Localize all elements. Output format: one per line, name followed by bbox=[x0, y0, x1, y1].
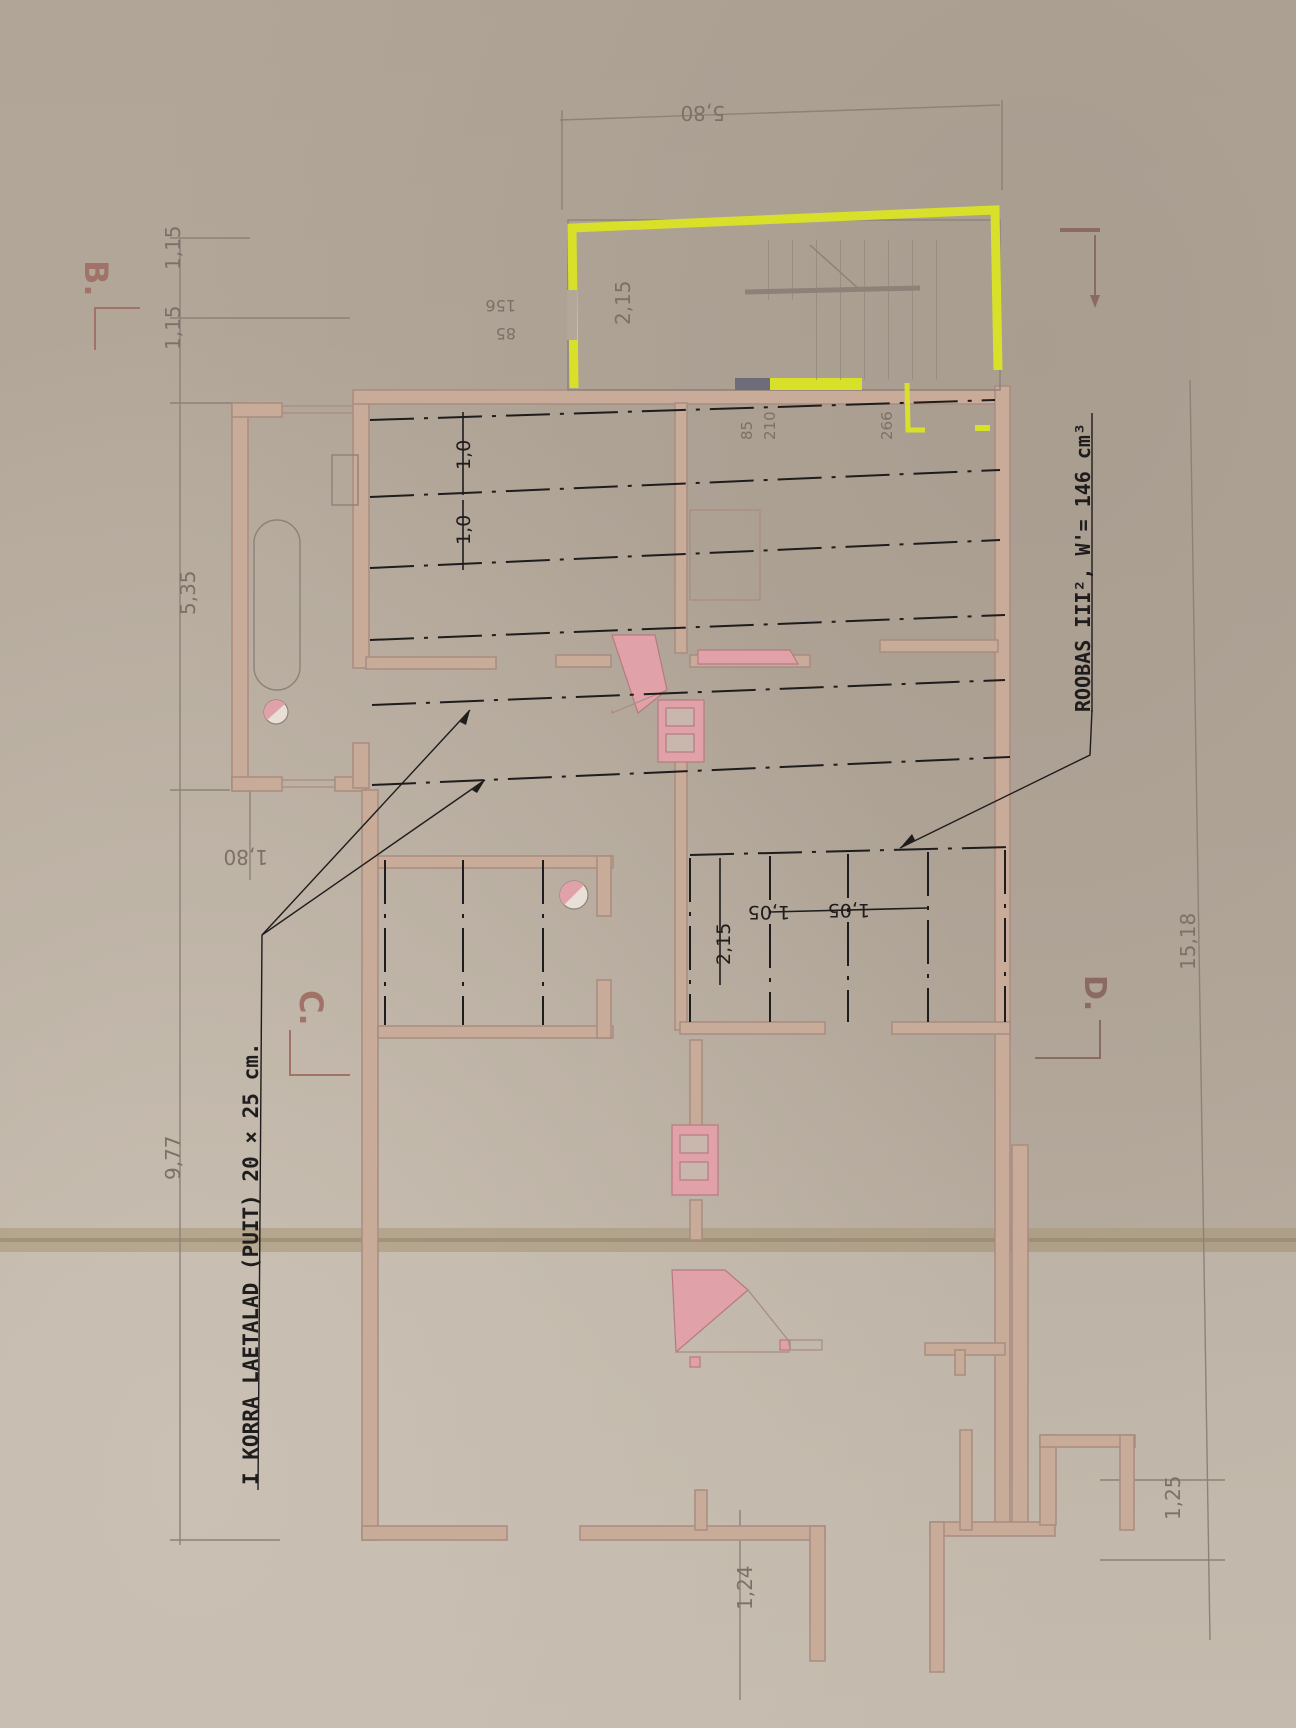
section-marker-c: C. bbox=[290, 990, 350, 1075]
windows bbox=[282, 406, 353, 787]
dim-left-4: 1,80 bbox=[223, 845, 268, 869]
floor-plan-sheet: B. C. D. 5,80 1,15 1,15 5,35 1,80 9,77 1… bbox=[0, 0, 1296, 1728]
dim-window-1-top: 156 bbox=[485, 296, 516, 315]
dim-left-2: 1,15 bbox=[161, 225, 185, 270]
dim-beam-span: 2,15 bbox=[713, 923, 735, 965]
dim-beam-spacing-3: 1,05 bbox=[748, 901, 790, 923]
dim-left-3: 5,35 bbox=[176, 570, 200, 615]
dim-bottom-right: 1,25 bbox=[1161, 1475, 1185, 1520]
dim-top-width: 5,80 bbox=[680, 101, 725, 125]
dim-left-overall: 9,77 bbox=[161, 1135, 185, 1180]
fold-crease bbox=[0, 1228, 1296, 1728]
section-marker-a bbox=[1060, 230, 1100, 308]
stove-symbol bbox=[264, 700, 588, 909]
bathroom-fixtures bbox=[254, 455, 358, 690]
dim-bottom-left: 1,24 bbox=[733, 1565, 757, 1610]
dim-beam-spacing-1: 1,0 bbox=[453, 440, 475, 470]
dim-door-1-bottom: 210 bbox=[761, 411, 779, 440]
dim-door-1-top: 85 bbox=[738, 421, 756, 440]
dim-stair-height: 2,15 bbox=[611, 280, 635, 325]
svg-text:D.: D. bbox=[1077, 975, 1112, 1011]
dim-beam-spacing-2: 1,0 bbox=[453, 515, 475, 545]
section-marker-d: D. bbox=[1035, 975, 1112, 1058]
annotation-rafters: ROOBAS III², W'= 146 cm³ bbox=[1071, 423, 1095, 712]
dim-left-1: 1,15 bbox=[161, 305, 185, 350]
floor-plan-drawing: B. C. D. 5,80 1,15 1,15 5,35 1,80 9,77 1… bbox=[0, 0, 1296, 1728]
dim-beam-spacing-4: 1,05 bbox=[828, 899, 870, 921]
dim-right-overall: 15,18 bbox=[1176, 913, 1200, 970]
svg-text:C.: C. bbox=[292, 990, 330, 1026]
svg-text:B.: B. bbox=[77, 260, 115, 297]
dim-window-1-bottom: 85 bbox=[496, 324, 516, 343]
annotation-ceiling-beams: I KORRA LAETALAD (PUIT) 20 × 25 cm. bbox=[239, 1042, 263, 1485]
dim-door-2: 266 bbox=[878, 411, 896, 440]
section-marker-b: B. bbox=[77, 260, 140, 350]
